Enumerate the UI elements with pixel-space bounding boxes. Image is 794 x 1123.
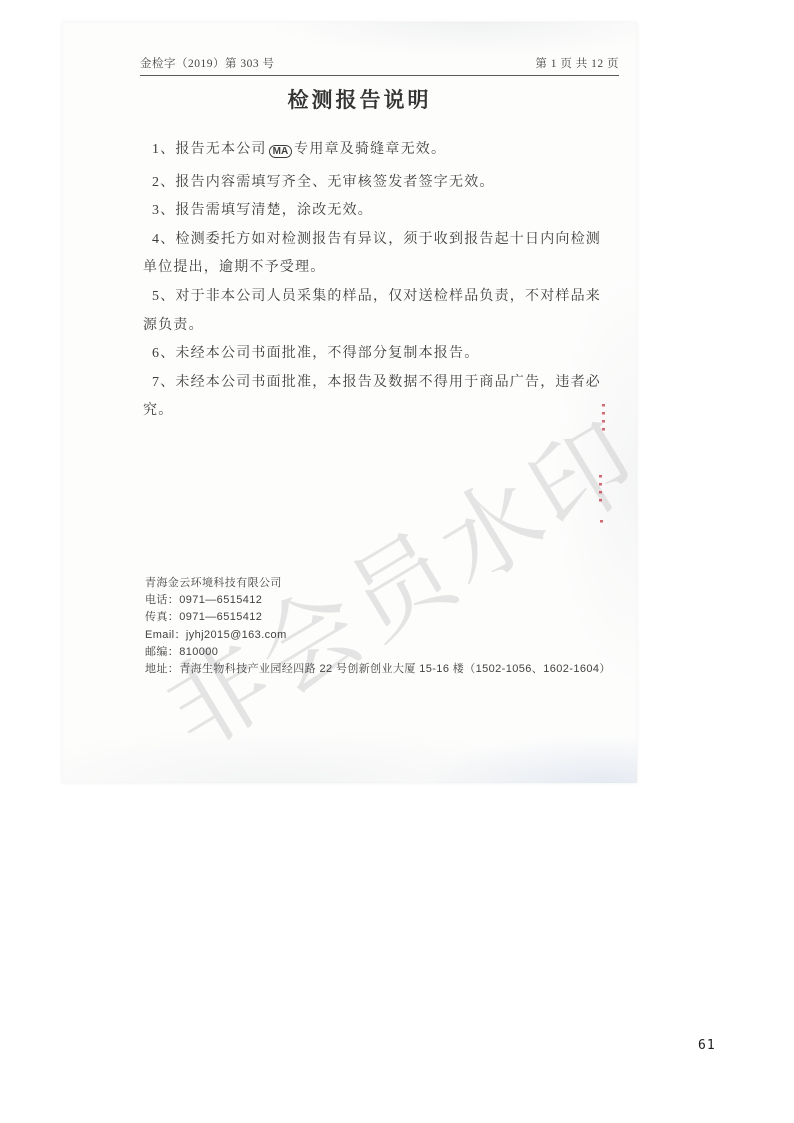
contact-line: 传真：0971—6515412 bbox=[145, 609, 625, 626]
report-title: 检测报告说明 bbox=[72, 84, 647, 114]
notes-list: 2、报告内容需填写齐全、无审核签发者签字无效。3、报告需填写清楚，涂改无效。4、… bbox=[143, 169, 608, 426]
scanned-report-page: 非会员水印 金检字（2019）第 303 号 第 1 页 共 12 页 检测报告… bbox=[62, 22, 637, 783]
red-edge-marks-top bbox=[602, 404, 605, 431]
note-line: 4、检测委托方如对检测报告有异议，须于收到报告起十日内向检测 bbox=[143, 226, 608, 255]
note1-prefix: 1、报告无本公司 bbox=[152, 142, 267, 157]
red-edge-marks-middle bbox=[599, 475, 602, 507]
note-line: 6、未经本公司书面批准，不得部分复制本报告。 bbox=[143, 340, 608, 369]
outer-page-number: 61 bbox=[698, 1038, 716, 1053]
contact-lines: 电话：0971—6515412传真：0971—6515412Email：jyhj… bbox=[145, 592, 625, 678]
contact-line: 地址：青海生物科技产业园经四路 22 号创新创业大厦 15-16 楼（1502-… bbox=[145, 661, 625, 678]
page-indicator: 第 1 页 共 12 页 bbox=[535, 55, 619, 71]
cma-mark-icon: MA bbox=[269, 145, 293, 158]
note-line: 源负责。 bbox=[143, 312, 608, 341]
red-edge-marks-bottom bbox=[600, 520, 603, 526]
note-line: 7、未经本公司书面批准，本报告及数据不得用于商品广告，违者必 bbox=[143, 369, 608, 398]
note-line: 2、报告内容需填写齐全、无审核签发者签字无效。 bbox=[143, 169, 608, 198]
note-line: 3、报告需填写清楚，涂改无效。 bbox=[143, 197, 608, 226]
contact-line: Email：jyhj2015@163.com bbox=[145, 627, 625, 644]
report-header: 金检字（2019）第 303 号 第 1 页 共 12 页 bbox=[140, 55, 619, 76]
notes-section: 1、报告无本公司MA专用章及骑缝章无效。 2、报告内容需填写齐全、无审核签发者签… bbox=[143, 136, 608, 426]
pdf-canvas: { "document": { "header": { "left": "金检字… bbox=[0, 0, 794, 1123]
note-line: 单位提出，逾期不予受理。 bbox=[143, 254, 608, 283]
company-name: 青海金云环境科技有限公司 bbox=[145, 575, 625, 592]
note-line: 究。 bbox=[143, 397, 608, 426]
note1-suffix: 专用章及骑缝章无效。 bbox=[294, 142, 446, 157]
report-number: 金检字（2019）第 303 号 bbox=[140, 55, 275, 71]
note-line-1: 1、报告无本公司MA专用章及骑缝章无效。 bbox=[143, 136, 608, 165]
note-line: 5、对于非本公司人员采集的样品，仅对送检样品负责，不对样品来 bbox=[143, 283, 608, 312]
contact-line: 邮编：810000 bbox=[145, 644, 625, 661]
contact-line: 电话：0971—6515412 bbox=[145, 592, 625, 609]
contact-block: 青海金云环境科技有限公司 电话：0971—6515412传真：0971—6515… bbox=[145, 575, 625, 678]
